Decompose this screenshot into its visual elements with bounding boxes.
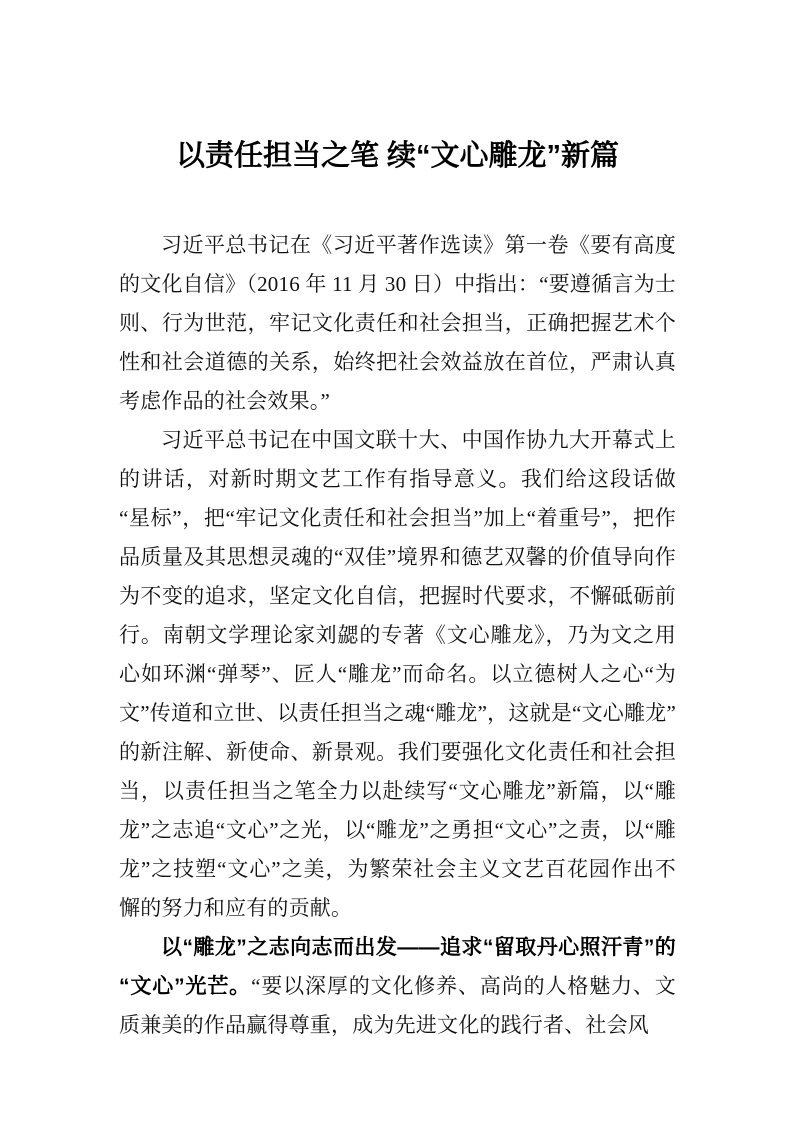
document-page: 以责任担当之笔 续“文心雕龙”新篇 习近平总书记在《习近平著作选读》第一卷《要有…	[0, 0, 793, 1122]
document-title: 以责任担当之笔 续“文心雕龙”新篇	[119, 138, 676, 176]
paragraph-section-start: 以“雕龙”之志向志而出发——追求“留取丹心照汗青”的“文心”光芒。“要以深厚的文…	[119, 928, 676, 1045]
paragraph-commentary: 习近平总书记在中国文联十大、中国作协九大开幕式上的讲话，对新时期文艺工作有指导意…	[119, 421, 676, 928]
paragraph-quote-source: 习近平总书记在《习近平著作选读》第一卷《要有高度的文化自信》（2016 年 11…	[119, 226, 676, 421]
